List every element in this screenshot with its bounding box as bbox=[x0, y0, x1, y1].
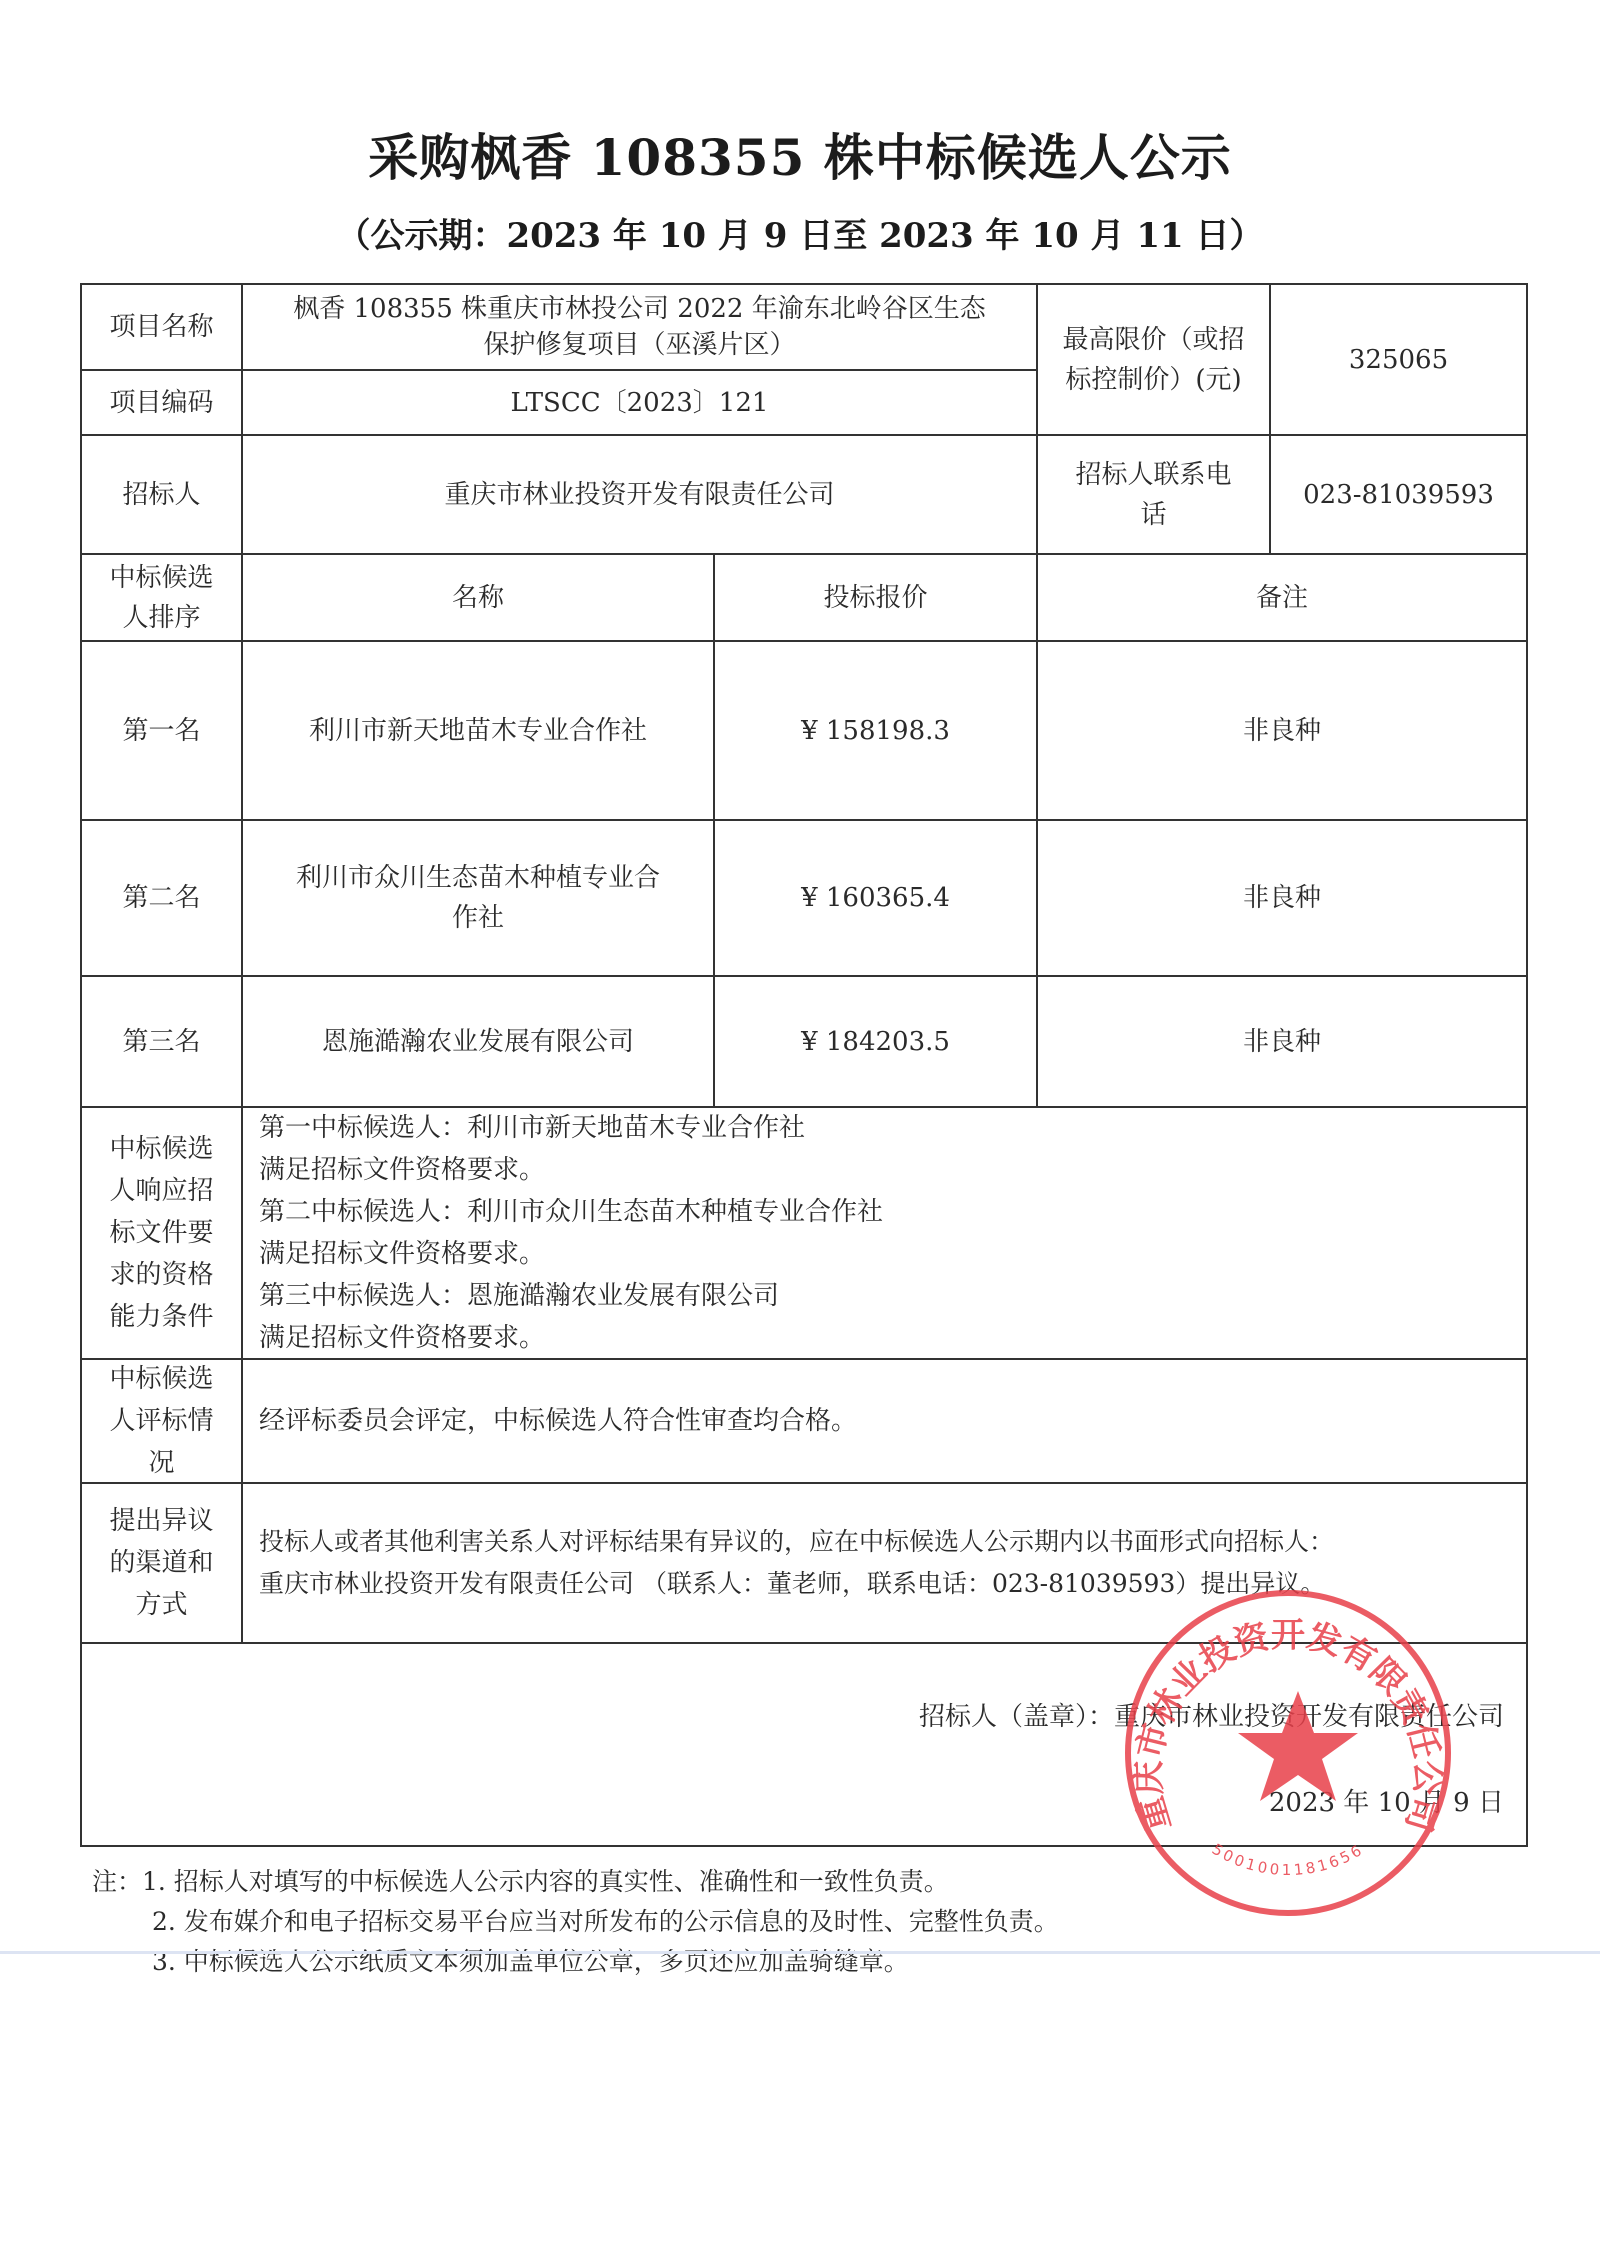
table-row-1-remark: 非良种 bbox=[1036, 640, 1528, 821]
table-row-3-rank: 第三名 bbox=[80, 975, 243, 1108]
qualification-line: 第一中标候选人：利川市新天地苗木专业合作社 bbox=[259, 1107, 805, 1149]
table-row-2-rank: 第二名 bbox=[80, 819, 243, 977]
candidate-name-text: 利川市新天地苗木专业合作社 bbox=[309, 712, 647, 750]
objection-line2: 重庆市林业投资开发有限责任公司 （联系人：董老师，联系电话：023-810395… bbox=[259, 1563, 1325, 1605]
signature-area: 招标人（盖章）：重庆市林业投资开发有限责任公司 2023 年 10 月 9 日 bbox=[80, 1642, 1528, 1847]
project-name-line1: 枫香 108355 株重庆市林投公司 2022 年渝东北岭谷区生态 bbox=[293, 291, 985, 327]
qualification-line: 第二中标候选人：利川市众川生态苗木种植专业合作社 bbox=[259, 1191, 883, 1233]
qualification-label-line: 标文件要 bbox=[97, 1212, 227, 1254]
remark-text: 非良种 bbox=[1243, 712, 1321, 750]
project-code-value-text: LTSCC〔2023〕121 bbox=[511, 384, 769, 422]
publicity-period: （公示期：2023 年 10 月 9 日至 2023 年 10 月 11 日） bbox=[0, 208, 1600, 257]
evaluation-label-line: 况 bbox=[97, 1442, 227, 1484]
bid-text: ¥ 184203.5 bbox=[801, 1023, 950, 1061]
project-name-line2: 保护修复项目（巫溪片区） bbox=[483, 327, 795, 363]
qualification-content: 第一中标候选人：利川市新天地苗木专业合作社 满足招标文件资格要求。 第二中标候选… bbox=[241, 1106, 1528, 1360]
note-2: 2. 发布媒介和电子招标交易平台应当对所发布的公示信息的及时性、完整性负责。 bbox=[92, 1902, 1059, 1942]
project-code-label: 项目编码 bbox=[80, 369, 243, 436]
max-price-label: 最高限价（或招 标控制价）(元) bbox=[1036, 283, 1271, 436]
project-code-label-text: 项目编码 bbox=[109, 384, 213, 422]
header-remark: 备注 bbox=[1036, 553, 1528, 642]
qualification-line: 满足招标文件资格要求。 bbox=[259, 1317, 545, 1359]
tenderer-value-text: 重庆市林业投资开发有限责任公司 bbox=[444, 476, 834, 514]
table-row-1-bid: ¥ 158198.3 bbox=[713, 640, 1038, 821]
candidate-name-text: 恩施澔瀚农业发展有限公司 bbox=[322, 1023, 634, 1061]
evaluation-label-line: 中标候选 bbox=[97, 1358, 227, 1400]
objection-label-line: 提出异议 bbox=[97, 1500, 227, 1542]
project-code-value: LTSCC〔2023〕121 bbox=[241, 369, 1038, 436]
table-row-2-bid: ¥ 160365.4 bbox=[713, 819, 1038, 977]
table-row-3-bid: ¥ 184203.5 bbox=[713, 975, 1038, 1108]
qualification-label: 中标候选 人响应招 标文件要 求的资格 能力条件 bbox=[80, 1106, 243, 1360]
objection-label-line: 方式 bbox=[97, 1584, 227, 1626]
header-name: 名称 bbox=[241, 553, 715, 642]
tenderer-phone-label: 招标人联系电 话 bbox=[1036, 434, 1271, 555]
tenderer-label-text: 招标人 bbox=[122, 476, 200, 514]
qualification-line: 满足招标文件资格要求。 bbox=[259, 1233, 545, 1275]
evaluation-label-line: 人评标情 bbox=[97, 1400, 227, 1442]
max-price-value: 325065 bbox=[1269, 283, 1528, 436]
scan-artifact-line bbox=[0, 1951, 1600, 1954]
candidate-name-line2: 作社 bbox=[452, 898, 504, 938]
tenderer-value: 重庆市林业投资开发有限责任公司 bbox=[241, 434, 1038, 555]
header-bid-text: 投标报价 bbox=[823, 579, 927, 617]
signature-date: 2023 年 10 月 9 日 bbox=[1269, 1782, 1504, 1819]
tenderer-phone-value: 023-81039593 bbox=[1269, 434, 1528, 555]
header-remark-text: 备注 bbox=[1256, 579, 1308, 617]
bid-text: ¥ 160365.4 bbox=[801, 879, 950, 917]
qualification-line: 第三中标候选人：恩施澔瀚农业发展有限公司 bbox=[259, 1275, 779, 1317]
bid-text: ¥ 158198.3 bbox=[801, 712, 950, 750]
max-price-value-text: 325065 bbox=[1349, 341, 1448, 379]
stamp-line: 招标人（盖章）：重庆市林业投资开发有限责任公司 bbox=[919, 1696, 1504, 1733]
tenderer-phone-value-text: 023-81039593 bbox=[1303, 476, 1494, 514]
candidate-name-line1: 利川市众川生态苗木种植专业合 bbox=[296, 858, 660, 898]
table-row-2-remark: 非良种 bbox=[1036, 819, 1528, 977]
note-1: 注：1. 招标人对填写的中标候选人公示内容的真实性、准确性和一致性负责。 bbox=[92, 1862, 1059, 1902]
rank-text: 第三名 bbox=[122, 1023, 200, 1061]
project-name-value: 枫香 108355 株重庆市林投公司 2022 年渝东北岭谷区生态 保护修复项目… bbox=[241, 283, 1038, 371]
table-row-3-remark: 非良种 bbox=[1036, 975, 1528, 1108]
project-name-label: 项目名称 bbox=[80, 283, 243, 371]
max-price-label-line1: 最高限价（或招 bbox=[1062, 320, 1244, 360]
qualification-label-line: 人响应招 bbox=[97, 1170, 227, 1212]
table-row-3-name: 恩施澔瀚农业发展有限公司 bbox=[241, 975, 715, 1108]
qualification-line: 满足招标文件资格要求。 bbox=[259, 1149, 545, 1191]
tenderer-phone-label-line1: 招标人联系电 bbox=[1075, 455, 1231, 495]
header-bid: 投标报价 bbox=[713, 553, 1038, 642]
page-title: 采购枫香 108355 株中标候选人公示 bbox=[0, 118, 1600, 190]
header-rank: 中标候选 人排序 bbox=[80, 553, 243, 642]
rank-text: 第一名 bbox=[122, 712, 200, 750]
evaluation-label: 中标候选 人评标情 况 bbox=[80, 1358, 243, 1484]
objection-line1: 投标人或者其他利害关系人对评标结果有异议的，应在中标候选人公示期内以书面形式向招… bbox=[259, 1521, 1334, 1563]
note-3: 3. 中标候选人公示纸质文本须加盖单位公章，多页还应加盖骑缝章。 bbox=[92, 1942, 1059, 1982]
remark-text: 非良种 bbox=[1243, 1023, 1321, 1061]
objection-content: 投标人或者其他利害关系人对评标结果有异议的，应在中标候选人公示期内以书面形式向招… bbox=[241, 1482, 1528, 1644]
evaluation-text: 经评标委员会评定，中标候选人符合性审查均合格。 bbox=[259, 1402, 857, 1440]
project-name-label-text: 项目名称 bbox=[109, 308, 213, 346]
rank-text: 第二名 bbox=[122, 879, 200, 917]
header-rank-line1: 中标候选 bbox=[109, 558, 213, 598]
qualification-label-line: 中标候选 bbox=[97, 1128, 227, 1170]
table-row-1-rank: 第一名 bbox=[80, 640, 243, 821]
table-row-2-name: 利川市众川生态苗木种植专业合 作社 bbox=[241, 819, 715, 977]
table-row-1-name: 利川市新天地苗木专业合作社 bbox=[241, 640, 715, 821]
qualification-label-line: 能力条件 bbox=[97, 1296, 227, 1338]
qualification-label-line: 求的资格 bbox=[97, 1254, 227, 1296]
tenderer-label: 招标人 bbox=[80, 434, 243, 555]
tenderer-phone-label-line2: 话 bbox=[1140, 495, 1166, 535]
max-price-label-line2: 标控制价）(元) bbox=[1065, 360, 1241, 400]
remark-text: 非良种 bbox=[1243, 879, 1321, 917]
notes: 注：1. 招标人对填写的中标候选人公示内容的真实性、准确性和一致性负责。 2. … bbox=[92, 1862, 1059, 1982]
evaluation-content: 经评标委员会评定，中标候选人符合性审查均合格。 bbox=[241, 1358, 1528, 1484]
objection-label: 提出异议 的渠道和 方式 bbox=[80, 1482, 243, 1644]
header-rank-line2: 人排序 bbox=[122, 598, 200, 638]
objection-label-line: 的渠道和 bbox=[97, 1542, 227, 1584]
header-name-text: 名称 bbox=[452, 579, 504, 617]
